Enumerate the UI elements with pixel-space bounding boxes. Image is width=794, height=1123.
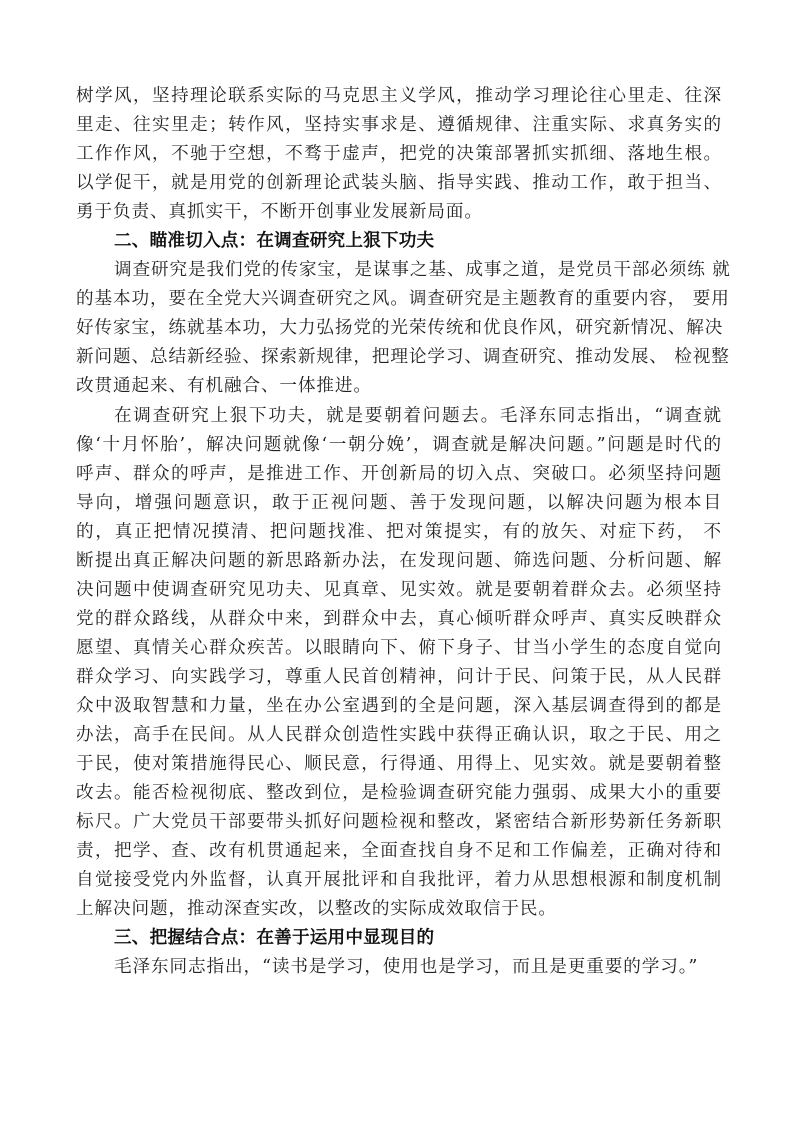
text-line: 众中汲取智慧和力量，坐在办公室遇到的全是问题，深入基层调查得到的都是	[76, 692, 722, 721]
text-line: 工作作风，不驰于空想，不骛于虚声，把党的决策部署抓实抓细、落地生根。	[76, 140, 722, 169]
text-line: 呼声、群众的呼声，是推进工作、开创新局的切入点、突破口。必须坚持问题	[76, 460, 722, 489]
text-line: 像‘十月怀胎’，解决问题就像‘一朝分娩’，调查就是解决问题。”问题是时代的	[76, 431, 722, 460]
paragraph-application: 毛泽东同志指出，“读书是学习，使用也是学习，而且是更重要的学习。”	[76, 953, 722, 982]
text-line: 自觉接受党内外监督，认真开展批评和自我批评，着力从思想根源和制度机制	[76, 866, 722, 895]
text-line: 里走、往实里走；转作风，坚持实事求是、遵循规律、注重实际、求真务实的	[76, 111, 722, 140]
text-line: 党的群众路线，从群众中来，到群众中去，真心倾听群众呼声、真实反映群众	[76, 605, 722, 634]
text-line: 群众学习、向实践学习，尊重人民首创精神，问计于民、问策于民，从人民群	[76, 663, 722, 692]
paragraph-research-detail: 在调查研究上狠下功夫，就是要朝着问题去。毛泽东同志指出，“调查就 像‘十月怀胎’…	[76, 402, 722, 925]
text-line: 在调查研究上狠下功夫，就是要朝着问题去。毛泽东同志指出，“调查就	[76, 402, 722, 431]
document-page: 树学风，坚持理论联系实际的马克思主义学风，推动学习理论往心里走、往深 里走、往实…	[0, 0, 794, 1123]
paragraph-research-intro: 调查研究是我们党的传家宝，是谋事之基、成事之道，是党员干部必须练 就 的基本功，…	[76, 256, 722, 401]
document-body: 树学风，坚持理论联系实际的马克思主义学风，推动学习理论往心里走、往深 里走、往实…	[76, 82, 722, 982]
text-line: 好传家宝，练就基本功，大力弘扬党的光荣传统和优良作风，研究新情况、解决	[76, 314, 722, 343]
text-line: 勇于负责、真抓实干，不断开创事业发展新局面。	[76, 198, 722, 227]
text-line: 的基本功，要在全党大兴调查研究之风。调查研究是主题教育的重要内容， 要用	[76, 285, 722, 314]
text-line: 调查研究是我们党的传家宝，是谋事之基、成事之道，是党员干部必须练 就	[76, 256, 722, 285]
text-line: 责，把学、查、改有机贯通起来，全面查找自身不足和工作偏差，正确对待和	[76, 837, 722, 866]
section-heading-2: 二、瞄准切入点：在调查研究上狠下功夫	[76, 227, 722, 256]
text-line: 于民，使对策措施得民心、顺民意，行得通、用得上、见实效。就是要朝着整	[76, 750, 722, 779]
text-line: 新问题、总结新经验、探索新规律，把理论学习、调查研究、推动发展、 检视整	[76, 343, 722, 372]
text-line: 树学风，坚持理论联系实际的马克思主义学风，推动学习理论往心里走、往深	[76, 82, 722, 111]
text-line: 标尺。广大党员干部要带头抓好问题检视和整改，紧密结合新形势新任务新职	[76, 808, 722, 837]
text-line: 上解决问题，推动深查实改，以整改的实际成效取信于民。	[76, 895, 722, 924]
section-heading-3: 三、把握结合点：在善于运用中显现目的	[76, 924, 722, 953]
text-line: 毛泽东同志指出，“读书是学习，使用也是学习，而且是更重要的学习。”	[76, 953, 722, 982]
paragraph-continuation: 树学风，坚持理论联系实际的马克思主义学风，推动学习理论往心里走、往深 里走、往实…	[76, 82, 722, 227]
text-line: 改贯通起来、有机融合、一体推进。	[76, 372, 722, 401]
text-line: 断提出真正解决问题的新思路新办法，在发现问题、筛选问题、分析问题、解	[76, 547, 722, 576]
text-line: 办法，高手在民间。从人民群众创造性实践中获得正确认识，取之于民、用之	[76, 721, 722, 750]
text-line: 改去。能否检视彻底、整改到位，是检验调查研究能力强弱、成果大小的重要	[76, 779, 722, 808]
text-line: 决问题中使调查研究见功夫、见真章、见实效。就是要朝着群众去。必须坚持	[76, 576, 722, 605]
text-line: 以学促干，就是用党的创新理论武装头脑、指导实践、推动工作，敢于担当、	[76, 169, 722, 198]
text-line: 的，真正把情况摸清、把问题找准、把对策提实，有的放矢、对症下药， 不	[76, 518, 722, 547]
text-line: 愿望、真情关心群众疾苦。以眼睛向下、俯下身子、甘当小学生的态度自觉向	[76, 634, 722, 663]
text-line: 导向，增强问题意识，敢于正视问题、善于发现问题，以解决问题为根本目	[76, 489, 722, 518]
